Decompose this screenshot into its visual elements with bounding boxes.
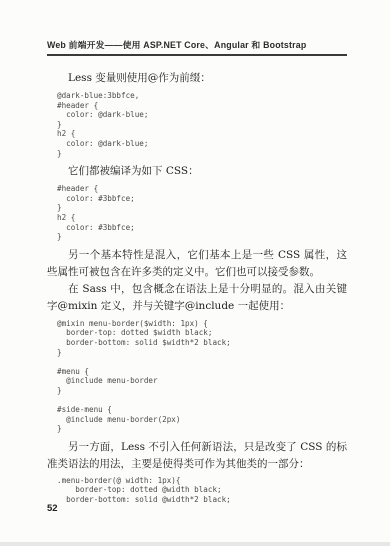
book-page: Web 前端开发——使用 ASP.NET Core、Angular 和 Boot…: [0, 0, 390, 546]
code-block-less-variables: @dark-blue:3bbfce, #header { color: @dar…: [57, 91, 347, 158]
page-edge-shadow: [0, 542, 390, 546]
para-compiled-css: 它们都被编译为如下 CSS：: [47, 163, 347, 180]
para-less-syntax: 另一方面，Less 不引入任何新语法，只是改变了 CSS 的标准类语法的用法，主…: [47, 439, 347, 473]
code-block-compiled-css: #header { color: #3bbfce; } h2 { color: …: [57, 184, 347, 242]
code-block-less-mixin: .menu-border(@ width: 1px){ border-top: …: [57, 476, 347, 505]
para-mixins-intro: 另一个基本特性是混入，它们基本上是一些 CSS 属性，这些属性可被包含在许多类的…: [47, 247, 347, 281]
running-header: Web 前端开发——使用 ASP.NET Core、Angular 和 Boot…: [47, 38, 347, 56]
page-body: Less 变量则使用@作为前缀： @dark-blue:3bbfce, #hea…: [47, 70, 347, 505]
code-block-sass-mixin: @mixin menu-border($width: 1px) { border…: [57, 319, 347, 434]
page-number: 52: [47, 503, 58, 514]
para-sass-mixin: 在 Sass 中，包含概念在语法上是十分明显的。混入由关键字@mixin 定义，…: [47, 281, 347, 315]
running-header-title: Web 前端开发——使用 ASP.NET Core、Angular 和 Boot…: [47, 40, 306, 50]
para-less-variables: Less 变量则使用@作为前缀：: [47, 70, 347, 87]
